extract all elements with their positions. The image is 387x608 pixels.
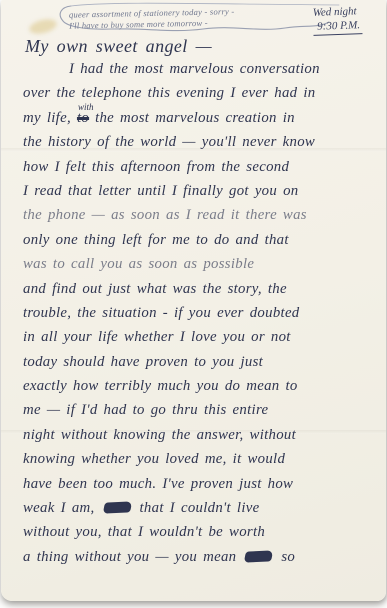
letter-line: knowing whether you loved me, it would — [23, 451, 380, 475]
handwritten-text: I had the most marvelous conversation — [69, 61, 320, 77]
letter-line: a thing without you — you mean so — [23, 549, 380, 573]
handwritten-text: I read that letter until I finally got y… — [23, 183, 298, 199]
letter-line: have been too much. I've proven just how — [23, 476, 380, 500]
dateline-time: 9:30 P.M. — [313, 19, 362, 36]
letter-line: the phone — as soon as I read it there w… — [23, 207, 380, 231]
handwritten-text: trouble, the situation - if you ever dou… — [23, 305, 300, 321]
faint-ink-smudge — [28, 17, 58, 36]
scribbled-out-word — [102, 501, 131, 513]
letter-line: was to call you as soon as possible — [23, 256, 380, 280]
handwritten-text: so — [275, 549, 295, 565]
letter-line: weak I am, that I couldn't live — [23, 500, 380, 524]
letter-paper: queer assortment of stationery today - s… — [1, 0, 386, 601]
dateline: Wed night 9:30 P.M. — [313, 5, 363, 36]
handwritten-text: over the telephone this evening I ever h… — [23, 85, 315, 101]
letter-line: only one thing left for me to do and tha… — [23, 232, 380, 256]
handwritten-text: only one thing left for me to do and tha… — [23, 232, 289, 248]
handwritten-text: in all your life whether I love you or n… — [23, 329, 291, 345]
letter-line: I had the most marvelous conversation — [23, 61, 380, 85]
handwritten-text: and find out just what was the story, th… — [23, 281, 287, 297]
handwritten-text: the phone — as soon as I read it there w… — [23, 207, 307, 223]
crossed-out-correction: towith — [77, 110, 89, 127]
letter-line: in all your life whether I love you or n… — [23, 329, 380, 353]
salutation: My own sweet angel — — [25, 36, 212, 57]
letter-line: exactly how terribly much you do mean to — [23, 378, 380, 402]
handwritten-text: weak I am, — [23, 500, 101, 516]
handwritten-text: how I felt this afternoon from the secon… — [23, 159, 289, 175]
stationery-apology-note: queer assortment of stationery today - s… — [69, 4, 321, 31]
inserted-word-above: with — [78, 102, 94, 112]
letter-line: how I felt this afternoon from the secon… — [23, 159, 380, 183]
handwritten-text: my life, — [23, 110, 77, 126]
handwritten-text: that I couldn't live — [134, 500, 260, 516]
letter-line: over the telephone this evening I ever h… — [23, 85, 380, 109]
letter-body: I had the most marvelous conversationove… — [23, 61, 380, 573]
letter-line: I read that letter until I finally got y… — [23, 183, 380, 207]
handwritten-text: night without knowing the answer, withou… — [23, 427, 296, 443]
handwritten-text: today should have proven to you just — [23, 354, 263, 370]
handwritten-text: exactly how terribly much you do mean to — [23, 378, 298, 394]
scribbled-out-word — [244, 550, 273, 562]
handwritten-text: the history of the world — you'll never … — [23, 134, 315, 150]
letter-photo: { "colors": { "paper": "#f3f0e6", "ink":… — [0, 0, 387, 608]
handwritten-text: a thing without you — you mean — [23, 549, 242, 565]
handwritten-text: me — if I'd had to go thru this entire — [23, 402, 268, 418]
letter-line: my life, towith the most marvelous creat… — [23, 110, 380, 134]
handwritten-text: have been too much. I've proven just how — [23, 476, 293, 492]
handwritten-text: without you, that I wouldn't be worth — [23, 524, 265, 540]
letter-line: trouble, the situation - if you ever dou… — [23, 305, 380, 329]
handwritten-text: the most marvelous creation in — [89, 110, 295, 126]
letter-line: without you, that I wouldn't be worth — [23, 524, 380, 548]
handwritten-text: was to call you as soon as possible — [23, 256, 254, 272]
letter-line: me — if I'd had to go thru this entire — [23, 402, 380, 426]
letter-line: today should have proven to you just — [23, 354, 380, 378]
letter-line: night without knowing the answer, withou… — [23, 427, 380, 451]
letter-line: the history of the world — you'll never … — [23, 134, 380, 158]
crossed-out-word: to — [77, 110, 89, 126]
letter-line: and find out just what was the story, th… — [23, 281, 380, 305]
handwritten-text: knowing whether you loved me, it would — [23, 451, 285, 467]
